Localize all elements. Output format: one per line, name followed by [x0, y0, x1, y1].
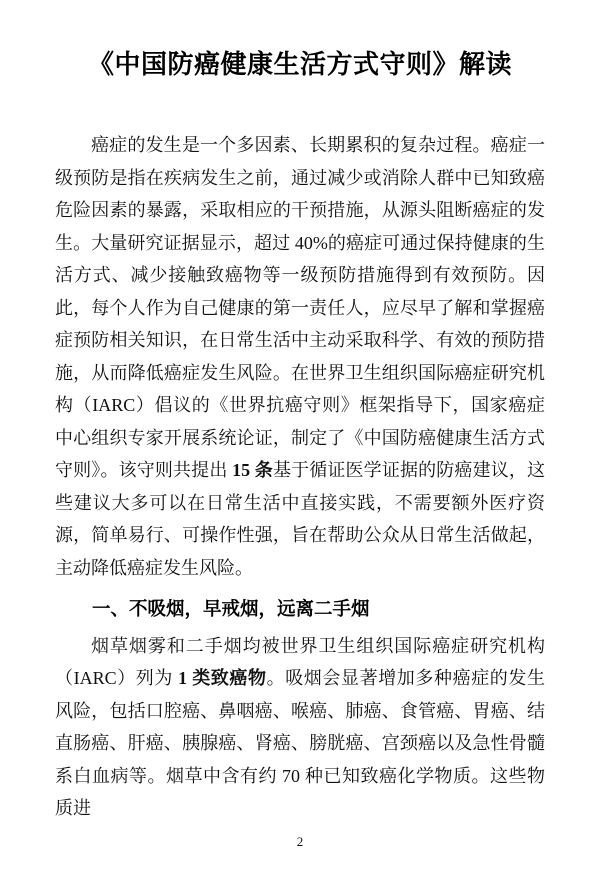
- tobacco-paragraph-bold-carcinogen-class: 1 类致癌物: [178, 668, 267, 688]
- document-body: 癌症的发生是一个多因素、长期累积的复杂过程。癌症一级预防是指在疾病发生之前，通过…: [55, 129, 545, 825]
- tobacco-paragraph: 烟草烟雾和二手烟均被世界卫生组织国际癌症研究机构（IARC）列为 1 类致癌物。…: [55, 630, 545, 825]
- intro-paragraph-bold-count: 15 条: [232, 460, 273, 480]
- tobacco-paragraph-text-2: 。吸烟会显著增加多种癌症的发生风险，包括口腔癌、鼻咽癌、喉癌、肺癌、食管癌、胃癌…: [55, 668, 545, 818]
- section-heading-no-smoking: 一、不吸烟，早戒烟，远离二手烟: [55, 593, 545, 626]
- intro-paragraph-text-1: 癌症的发生是一个多因素、长期累积的复杂过程。癌症一级预防是指在疾病发生之前，通过…: [55, 135, 545, 480]
- document-page: 《中国防癌健康生活方式守则》解读 癌症的发生是一个多因素、长期累积的复杂过程。癌…: [0, 0, 600, 870]
- page-title: 《中国防癌健康生活方式守则》解读: [0, 0, 600, 85]
- page-number: 2: [0, 834, 600, 850]
- intro-paragraph: 癌症的发生是一个多因素、长期累积的复杂过程。癌症一级预防是指在疾病发生之前，通过…: [55, 129, 545, 584]
